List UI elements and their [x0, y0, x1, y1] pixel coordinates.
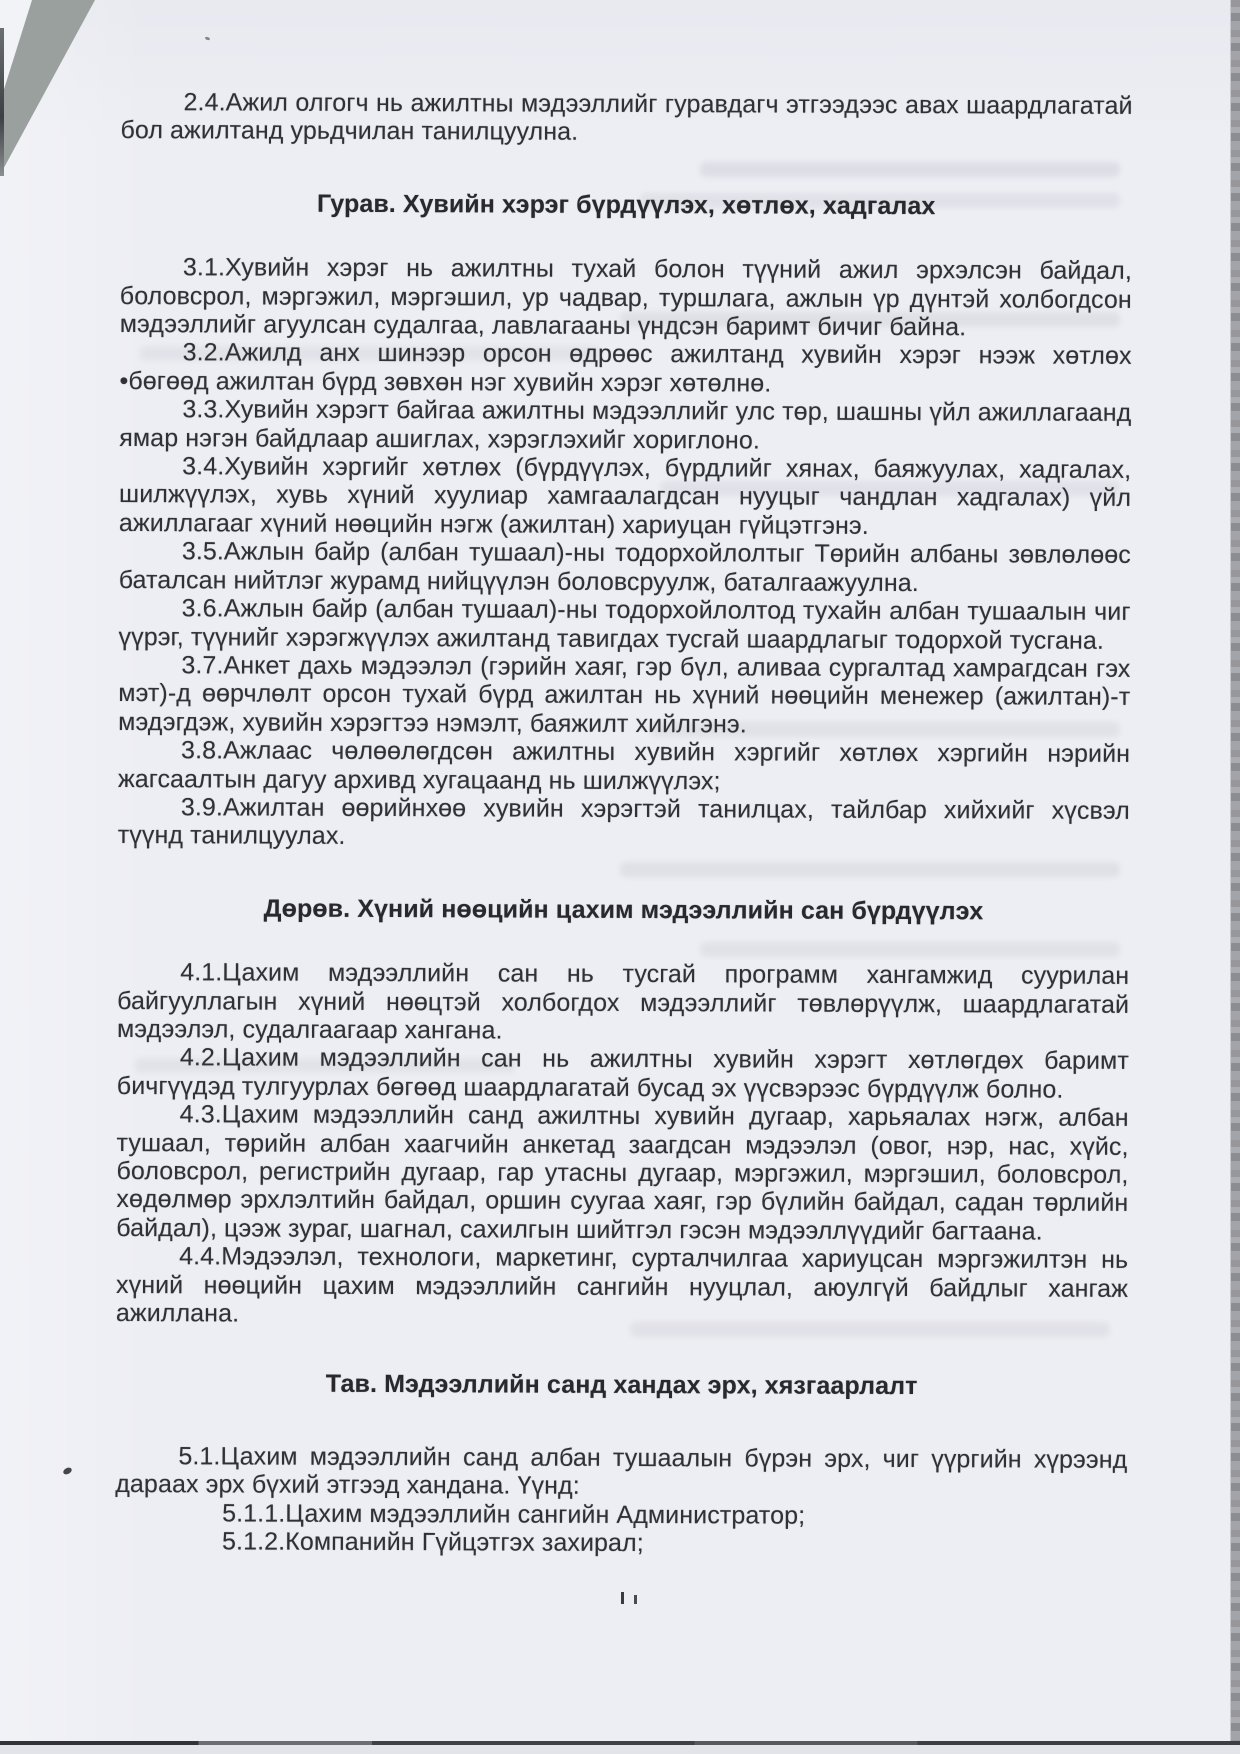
ink-mark	[621, 1592, 624, 1604]
paragraph-5-1-1: 5.1.1.Цахим мэдээллийн сангийн Администр…	[115, 1499, 1127, 1531]
section-heading-3: Гурав. Хувийн хэрэг бүрдүүлэх, хөтлөх, х…	[120, 189, 1132, 221]
paragraph-5-1: 5.1.Цахим мэдээллийн санд албан тушаалын…	[115, 1442, 1127, 1503]
paragraph-3-2: 3.2.Ажилд анх шинээр орсон өдрөөс ажилта…	[119, 338, 1131, 399]
paragraph-4-3: 4.3.Цахим мэдээллийн санд ажилтны хувийн…	[116, 1100, 1129, 1246]
ink-dot	[62, 1466, 73, 1476]
paragraph-3-9: 3.9.Ажилтан өөрийнхөө хувийн хэрэгтэй та…	[118, 793, 1130, 854]
scanner-corner-edge-line	[0, 28, 4, 176]
paragraph-2-4: 2.4.Ажил олгогч нь ажилтны мэдээллийг гу…	[120, 88, 1132, 149]
paragraph-3-4: 3.4.Хувийн хэргийг хөтлөх (бүрдүүлэх, бү…	[119, 452, 1131, 541]
scanned-document-page: 2.4.Ажил олгогч нь ажилтны мэдээллийг гу…	[0, 0, 1240, 1754]
paragraph-4-1: 4.1.Цахим мэдээллийн сан нь тусгай прогр…	[117, 958, 1129, 1047]
paragraph-3-7: 3.7.Анкет дахь мэдээлэл (гэрийн хаяг, гэ…	[118, 651, 1130, 740]
paragraph-3-8: 3.8.Ажлаас чөлөөлөгдсөн ажилтны хувийн х…	[118, 736, 1130, 797]
paragraph-4-2: 4.2.Цахим мэдээллийн сан нь ажилтны хуви…	[117, 1043, 1129, 1104]
section-heading-4: Дөрөв. Хүний нөөцийн цахим мэдээллийн са…	[117, 894, 1129, 926]
paragraph-4-4: 4.4.Мэдээлэл, технологи, маркетинг, сурт…	[116, 1242, 1128, 1331]
scanner-edge-bottom-margin	[0, 1745, 1240, 1754]
section-heading-5: Тав. Мэдээллийн санд хандах эрх, хязгаар…	[116, 1369, 1128, 1401]
scanner-edge-right	[1230, 0, 1240, 1754]
paragraph-3-1: 3.1.Хувийн хэрэг нь ажилтны тухай болон …	[120, 253, 1132, 342]
paragraph-3-5: 3.5.Ажлын байр (албан тушаал)-ны тодорхо…	[119, 537, 1131, 598]
ink-dot	[205, 36, 211, 41]
paragraph-3-6: 3.6.Ажлын байр (албан тушаал)-ны тодорхо…	[118, 594, 1130, 655]
paragraph-5-1-2: 5.1.2.Компанийн Гүйцэтгэх захирал;	[115, 1527, 1127, 1559]
document-text-block: 2.4.Ажил олгогч нь ажилтны мэдээллийг гу…	[115, 88, 1133, 1559]
ink-mark	[634, 1595, 637, 1604]
paragraph-3-3: 3.3.Хувийн хэрэгт байгаа ажилтны мэдээлл…	[119, 395, 1131, 456]
